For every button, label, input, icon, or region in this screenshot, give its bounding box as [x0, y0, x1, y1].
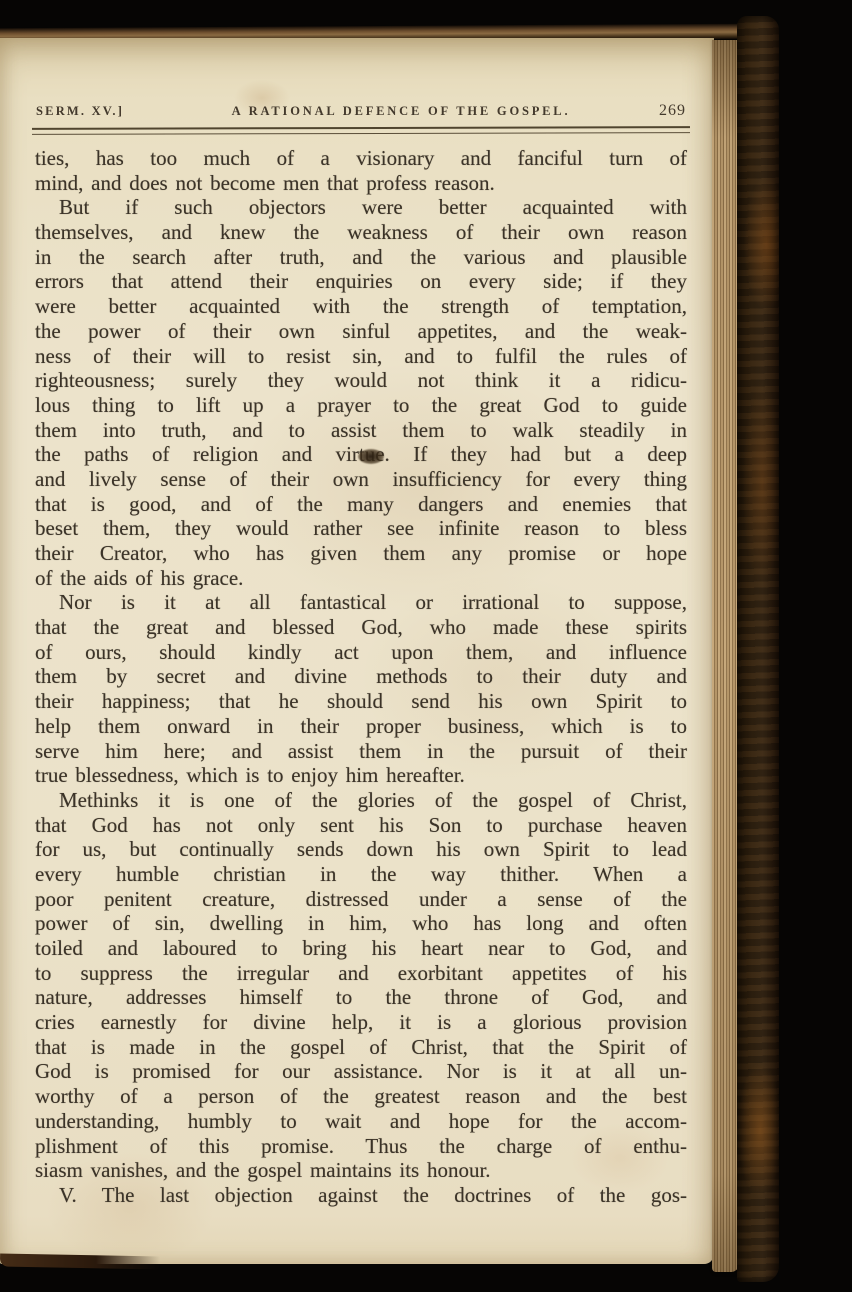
book-fore-edge-pages [712, 40, 739, 1272]
text-line: plishment of this promise. Thus the char… [35, 1134, 687, 1159]
text-line: lous thing to lift up a prayer to the gr… [35, 393, 687, 418]
paragraph: Methinks it is one of the glories of the… [35, 788, 687, 1183]
page-number: 269 [616, 102, 686, 120]
book-page: SERM. XV.] A RATIONAL DEFENCE OF THE GOS… [0, 38, 714, 1264]
text-line: for us, but continually sends down his o… [35, 837, 687, 862]
text-line: themselves, and knew the weakness of the… [35, 220, 687, 245]
text-line: that the great and blessed God, who made… [35, 615, 687, 640]
text-line: to suppress the irregular and exorbitant… [35, 961, 687, 986]
text-line: true blessedness, which is to enjoy him … [35, 763, 687, 788]
text-line: righteousness; surely they would not thi… [35, 368, 687, 393]
paragraph: Nor is it at all fantastical or irration… [35, 590, 687, 788]
text-line: But if such objectors were better acquai… [35, 195, 687, 220]
text-line: their happiness; that he should send his… [35, 689, 687, 714]
sermon-number-label: SERM. XV.] [36, 104, 186, 119]
text-line: in the search after truth, and the vario… [35, 245, 687, 270]
text-line: every humble christian in the way thithe… [35, 862, 687, 887]
text-line: worthy of a person of the greatest reaso… [35, 1084, 687, 1109]
book-leather-cover-edge [737, 16, 779, 1282]
text-line: ness of their will to resist sin, and to… [35, 344, 687, 369]
running-header: SERM. XV.] A RATIONAL DEFENCE OF THE GOS… [36, 102, 686, 120]
text-line: that is good, and of the many dangers an… [35, 492, 687, 517]
text-line: V. The last objection against the doctri… [35, 1183, 687, 1208]
text-line: Nor is it at all fantastical or irration… [35, 590, 687, 615]
text-line: help them onward in their proper busines… [35, 714, 687, 739]
text-line: power of sin, dwelling in him, who has l… [35, 911, 687, 936]
text-line: God is promised for our assistance. Nor … [35, 1059, 687, 1084]
text-line: beset them, they would rather see infini… [35, 516, 687, 541]
text-line: were better acquainted with the strength… [35, 294, 687, 319]
text-line: mind, and does not become men that profe… [35, 171, 687, 196]
text-line: nature, addresses himself to the throne … [35, 985, 687, 1010]
page-text: ties, has too much of a visionary and fa… [35, 146, 687, 1208]
text-line: poor penitent creature, distressed under… [35, 887, 687, 912]
text-line: toiled and laboured to bring his heart n… [35, 936, 687, 961]
text-line: and lively sense of their own insufficie… [35, 467, 687, 492]
text-line: errors that attend their enquiries on ev… [35, 269, 687, 294]
text-line: them into truth, and to assist them to w… [35, 418, 687, 443]
text-line: that God has not only sent his Son to pu… [35, 813, 687, 838]
text-line: cries earnestly for divine help, it is a… [35, 1010, 687, 1035]
text-line: their Creator, who has given them any pr… [35, 541, 687, 566]
text-line: of ours, should kindly act upon them, an… [35, 640, 687, 665]
paragraph: ties, has too much of a visionary and fa… [35, 146, 687, 195]
text-line: understanding, humbly to wait and hope f… [35, 1109, 687, 1134]
text-line: that is made in the gospel of Christ, th… [35, 1035, 687, 1060]
text-line: the power of their own sinful appetites,… [35, 319, 687, 344]
text-line: of the aids of his grace. [35, 566, 687, 591]
text-line: ties, has too much of a visionary and fa… [35, 146, 687, 171]
page-title: A RATIONAL DEFENCE OF THE GOSPEL. [186, 104, 616, 119]
paragraph: V. The last objection against the doctri… [35, 1183, 687, 1208]
text-line: siasm vanishes, and the gospel maintains… [35, 1158, 687, 1183]
text-line: Methinks it is one of the glories of the… [35, 788, 687, 813]
text-line: them by secret and divine methods to the… [35, 664, 687, 689]
ink-blot [358, 449, 384, 464]
paragraph: But if such objectors were better acquai… [35, 195, 687, 590]
text-line: serve him here; and assist them in the p… [35, 739, 687, 764]
book-cover-bottom-edge [0, 1253, 160, 1269]
scanned-book-photo: SERM. XV.] A RATIONAL DEFENCE OF THE GOS… [0, 0, 852, 1292]
header-double-rule [32, 126, 690, 135]
